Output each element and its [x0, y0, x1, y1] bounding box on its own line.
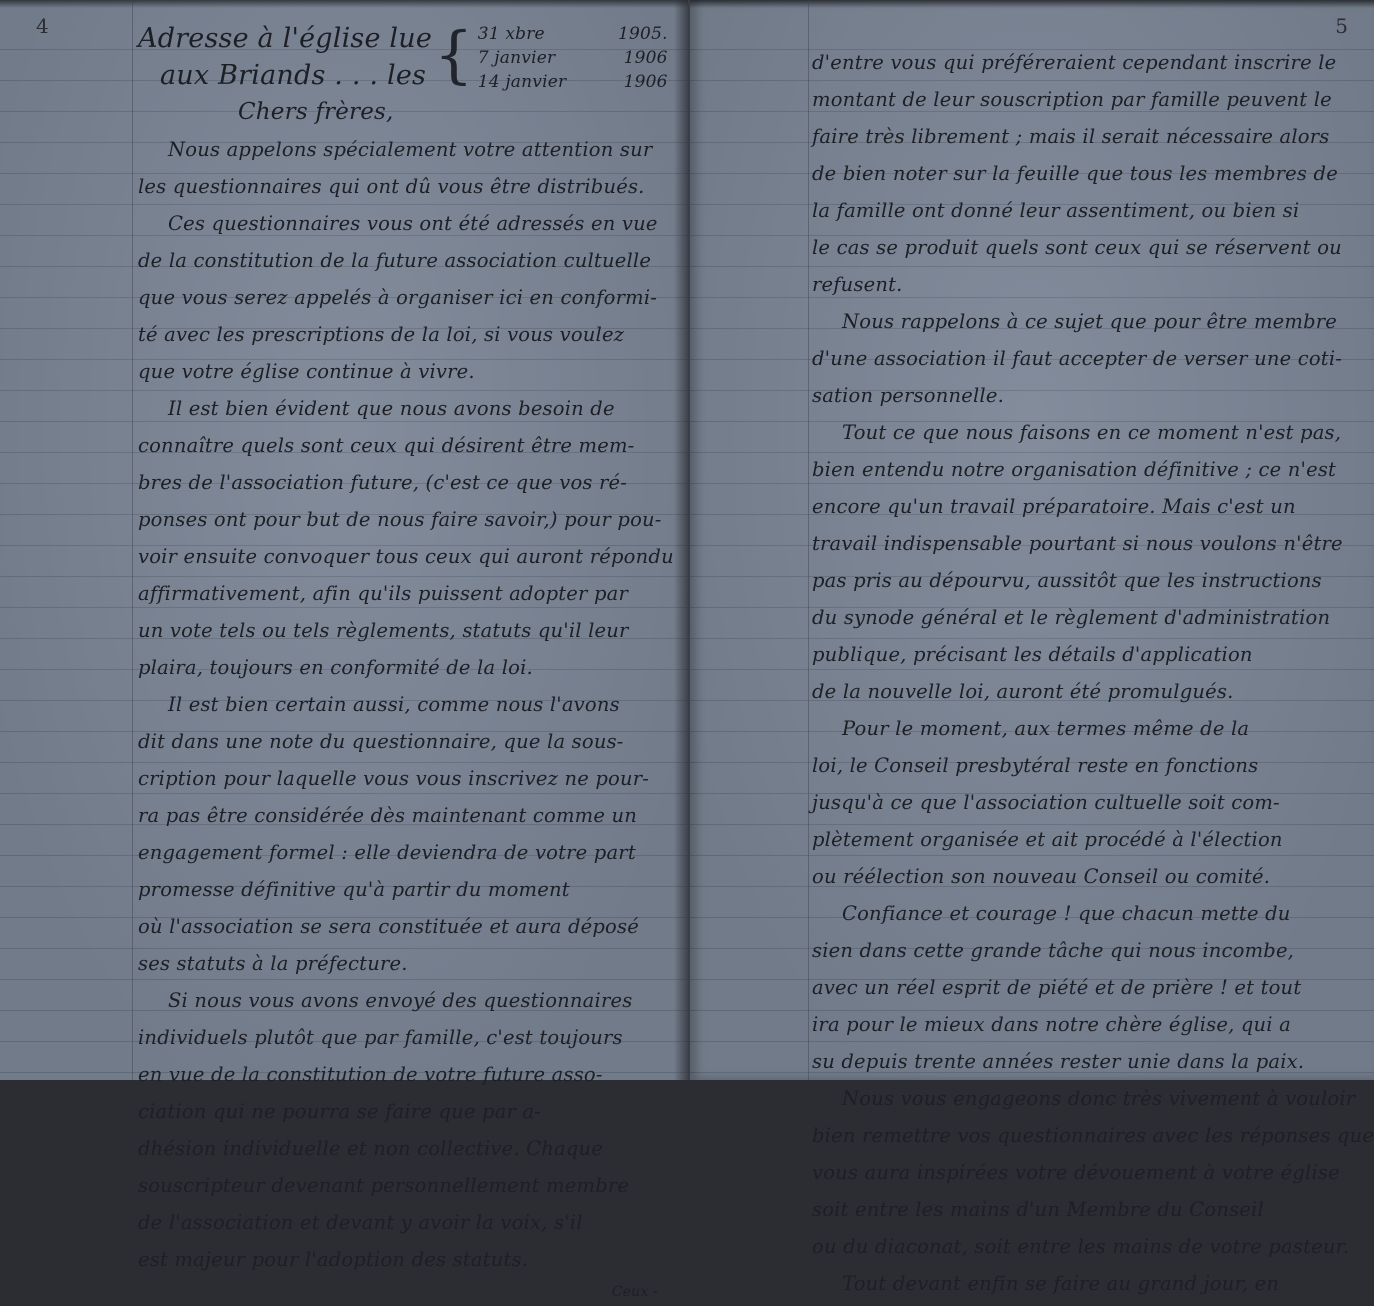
text-line: connaître quels sont ceux qui désirent ê… [138, 427, 678, 464]
text-line: du synode général et le règlement d'admi… [812, 599, 1360, 636]
text-line: Nous rappelons à ce sujet que pour être … [812, 303, 1360, 340]
text-line: publique, précisant les détails d'applic… [812, 636, 1360, 673]
text-line: de la constitution de la future associat… [138, 242, 678, 279]
text-line: plètement organisée et ait procédé à l'é… [812, 821, 1360, 858]
text-line: Il est bien évident que nous avons besoi… [138, 390, 678, 427]
text-line: ou réélection son nouveau Conseil ou com… [812, 858, 1360, 895]
text-line: que votre église continue à vivre. [138, 353, 678, 390]
text-line: le cas se produit quels sont ceux qui se… [812, 229, 1360, 266]
text-line: affirmativement, afin qu'ils puissent ad… [138, 575, 678, 612]
text-line: ra pas être considérée dès maintenant co… [138, 797, 678, 834]
text-line: Pour le moment, aux termes même de la [812, 710, 1360, 747]
text-line: Tout ce que nous faisons en ce moment n'… [812, 414, 1360, 451]
text-line: sation personnelle. [812, 377, 1360, 414]
text-line: avec un réel esprit de piété et de prièr… [812, 969, 1360, 1006]
text-line: ponses ont pour but de nous faire savoir… [138, 501, 678, 538]
text-line: promesse définitive qu'à partir du momen… [138, 871, 678, 908]
margin-rule [132, 0, 133, 1080]
page-top-shadow [690, 0, 1374, 8]
reading-dates: 31 xbre1905. 7 janvier1906 14 janvier190… [478, 20, 668, 94]
text-line: les questionnaires qui ont dû vous être … [138, 168, 678, 205]
text-line: individuels plutôt que par famille, c'es… [138, 1019, 678, 1056]
text-line: Confiance et courage ! que chacun mette … [812, 895, 1360, 932]
text-line: dit dans une note du questionnaire, que … [138, 723, 678, 760]
page-number: 4 [36, 14, 49, 38]
text-line: refusent. [812, 266, 1360, 303]
text-line: de bien noter sur la feuille que tous le… [812, 155, 1360, 192]
text-line: où l'association se sera constituée et a… [138, 908, 678, 945]
date-row: 14 janvier1906 [478, 70, 668, 94]
text-line: travail indispensable pourtant si nous v… [812, 525, 1360, 562]
text-line: ira pour le mieux dans notre chère églis… [812, 1006, 1360, 1043]
letter-heading: Adresse à l'église lue aux Briands . . .… [138, 20, 678, 94]
text-line: d'entre vous qui préféreraient cependant… [812, 44, 1360, 81]
text-line: montant de leur souscription par famille… [812, 81, 1360, 118]
text-line: pas pris au dépourvu, aussitôt que les i… [812, 562, 1360, 599]
text-line: engagement formel : elle deviendra de vo… [138, 834, 678, 871]
text-line: que vous serez appelés à organiser ici e… [138, 279, 678, 316]
brace-icon: { [434, 20, 474, 90]
text-line: faire très librement ; mais il serait né… [812, 118, 1360, 155]
text-line: Si nous vous avons envoyé des questionna… [138, 982, 678, 1019]
margin-rule [808, 0, 809, 1080]
text-line: sien dans cette grande tâche qui nous in… [812, 932, 1360, 969]
text-line: en vue de la constitution de votre futur… [138, 1056, 678, 1080]
text-line: jusqu'à ce que l'association cultuelle s… [812, 784, 1360, 821]
page-top-shadow [0, 0, 688, 8]
text-line: de la nouvelle loi, auront été promulgué… [812, 673, 1360, 710]
salutation: Chers frères, [138, 94, 678, 131]
text-line: la famille ont donné leur assentiment, o… [812, 192, 1360, 229]
text-line: encore qu'un travail préparatoire. Mais … [812, 488, 1360, 525]
date-row: 31 xbre1905. [478, 22, 668, 46]
left-page-text: Adresse à l'église lue aux Briands . . .… [138, 20, 678, 1080]
text-line: plaira, toujours en conformité de la loi… [138, 649, 678, 686]
text-line: ses statuts à la préfecture. [138, 945, 678, 982]
text-line: Il est bien certain aussi, comme nous l'… [138, 686, 678, 723]
date-row: 7 janvier1906 [478, 46, 668, 70]
text-line: su depuis trente années rester unie dans… [812, 1043, 1360, 1080]
text-line: Ces questionnaires vous ont été adressés… [138, 205, 678, 242]
heading-line-1: Adresse à l'église lue [138, 20, 432, 57]
heading-line-2: aux Briands . . . les [138, 57, 432, 94]
text-line: bien entendu notre organisation définiti… [812, 451, 1360, 488]
text-line: cription pour laquelle vous vous inscriv… [138, 760, 678, 797]
text-line: voir ensuite convoquer tous ceux qui aur… [138, 538, 678, 575]
page-number: 5 [1335, 14, 1348, 38]
text-line: d'une association il faut accepter de ve… [812, 340, 1360, 377]
text-line: un vote tels ou tels règlements, statuts… [138, 612, 678, 649]
text-line: bres de l'association future, (c'est ce … [138, 464, 678, 501]
right-page-text: d'entre vous qui préféreraient cependant… [812, 44, 1360, 1080]
text-line: té avec les prescriptions de la loi, si … [138, 316, 678, 353]
text-line: loi, le Conseil presbytéral reste en fon… [812, 747, 1360, 784]
text-line: Nous appelons spécialement votre attenti… [138, 131, 678, 168]
